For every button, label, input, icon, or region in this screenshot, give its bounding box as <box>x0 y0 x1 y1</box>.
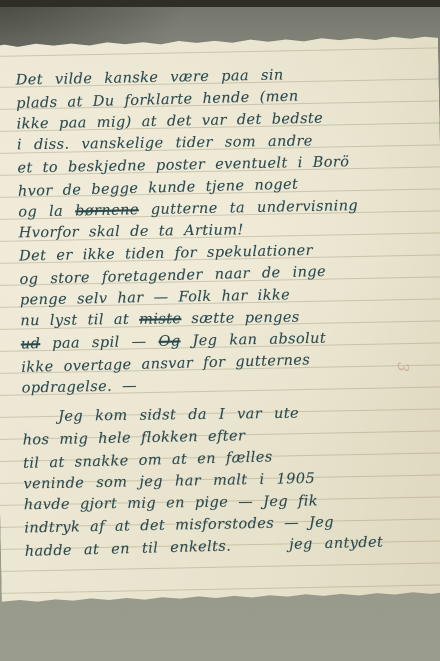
handwriting-text: gutterne ta undervisning <box>139 198 359 218</box>
handwriting-text: Det er ikke tiden for spekulationer <box>19 243 313 265</box>
letter-photograph: Det vilde kanske være paa sin plads at D… <box>0 0 440 661</box>
handwriting-text: og la <box>18 203 75 220</box>
handwriting-text: paa spil — <box>40 334 159 352</box>
handwriting-text: havde gjort mig en pige — Jeg fik <box>24 493 318 513</box>
handwriting-text: plads at Du forklarte hende (men <box>16 89 299 112</box>
handwriting-text: Det vilde kanske være paa sin <box>16 67 284 88</box>
handwriting-text: i diss. vanskelige tider som andre <box>17 133 313 153</box>
handwriting-text: veninde som jeg har malt i 1905 <box>23 471 315 493</box>
handwriting-text: Jeg kan absolut <box>180 331 326 350</box>
letter-paper-sheet: Det vilde kanske være paa sin plads at D… <box>0 35 440 602</box>
handwriting-text: ikke paa mig) at det var det bedste <box>16 111 323 133</box>
page-number-mark: 3 <box>394 362 412 372</box>
handwriting-text: til at snakke om at en fælles <box>23 449 273 472</box>
handwriting-text: opdragelse. — <box>21 378 137 396</box>
photo-top-shadow-band <box>0 0 440 7</box>
strikethrough-word: miste <box>139 311 181 328</box>
strikethrough-word: børnene <box>75 202 139 219</box>
handwriting-text: hvor de begge kunde tjene noget <box>18 177 299 200</box>
handwriting-text: Jeg kom sidst da I var ute <box>58 406 299 425</box>
handwriting-text: Hvorfor skal de ta Artium! <box>19 222 244 241</box>
strikethrough-word: Og <box>158 333 180 349</box>
handwriting-text: sætte penges <box>181 310 299 328</box>
handwriting-text: hadde at en til enkelts. <box>25 538 232 559</box>
handwriting-text: nu lyst til at <box>20 312 139 330</box>
handwriting-block: Det vilde kanske være paa sin plads at D… <box>15 62 426 562</box>
handwriting-text: ikke overtage ansvar for gutternes <box>21 352 310 376</box>
handwriting-text: jeg antydet <box>289 534 383 552</box>
handwriting-text: hos mig hele flokken efter <box>22 428 245 448</box>
handwriting-text: penge selv har — Folk har ikke <box>20 287 290 308</box>
strikethrough-word: ud <box>21 336 41 352</box>
